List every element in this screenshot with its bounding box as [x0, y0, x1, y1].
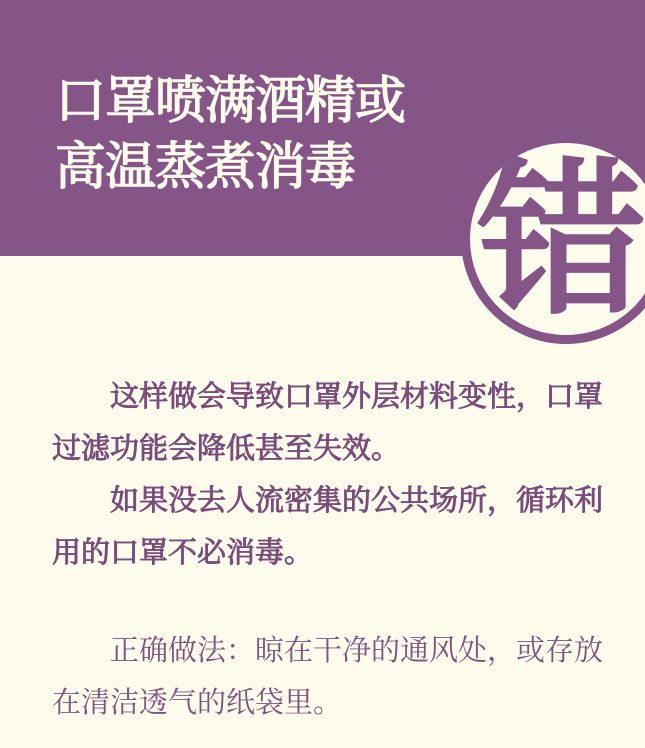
- paragraph-consequence: 这样做会导致口罩外层材料变性，口罩过滤功能会降低甚至失效。: [52, 370, 612, 474]
- title-line-1: 口罩喷满酒精或: [55, 68, 405, 134]
- page-title: 口罩喷满酒精或 高温蒸煮消毒: [55, 68, 405, 200]
- title-line-2: 高温蒸煮消毒: [55, 134, 405, 200]
- wrong-badge: 错: [470, 143, 645, 335]
- paragraph-reuse-note: 如果没去人流密集的公共场所，循环利用的口罩不必消毒。: [52, 474, 612, 578]
- paragraph-spacer: [52, 578, 612, 624]
- paragraph-correct-method: 正确做法：晾在干净的通风处，或存放在清洁透气的纸袋里。: [52, 624, 612, 728]
- wrong-badge-label: 错: [478, 147, 645, 331]
- explanation-text: 这样做会导致口罩外层材料变性，口罩过滤功能会降低甚至失效。 如果没去人流密集的公…: [52, 370, 612, 728]
